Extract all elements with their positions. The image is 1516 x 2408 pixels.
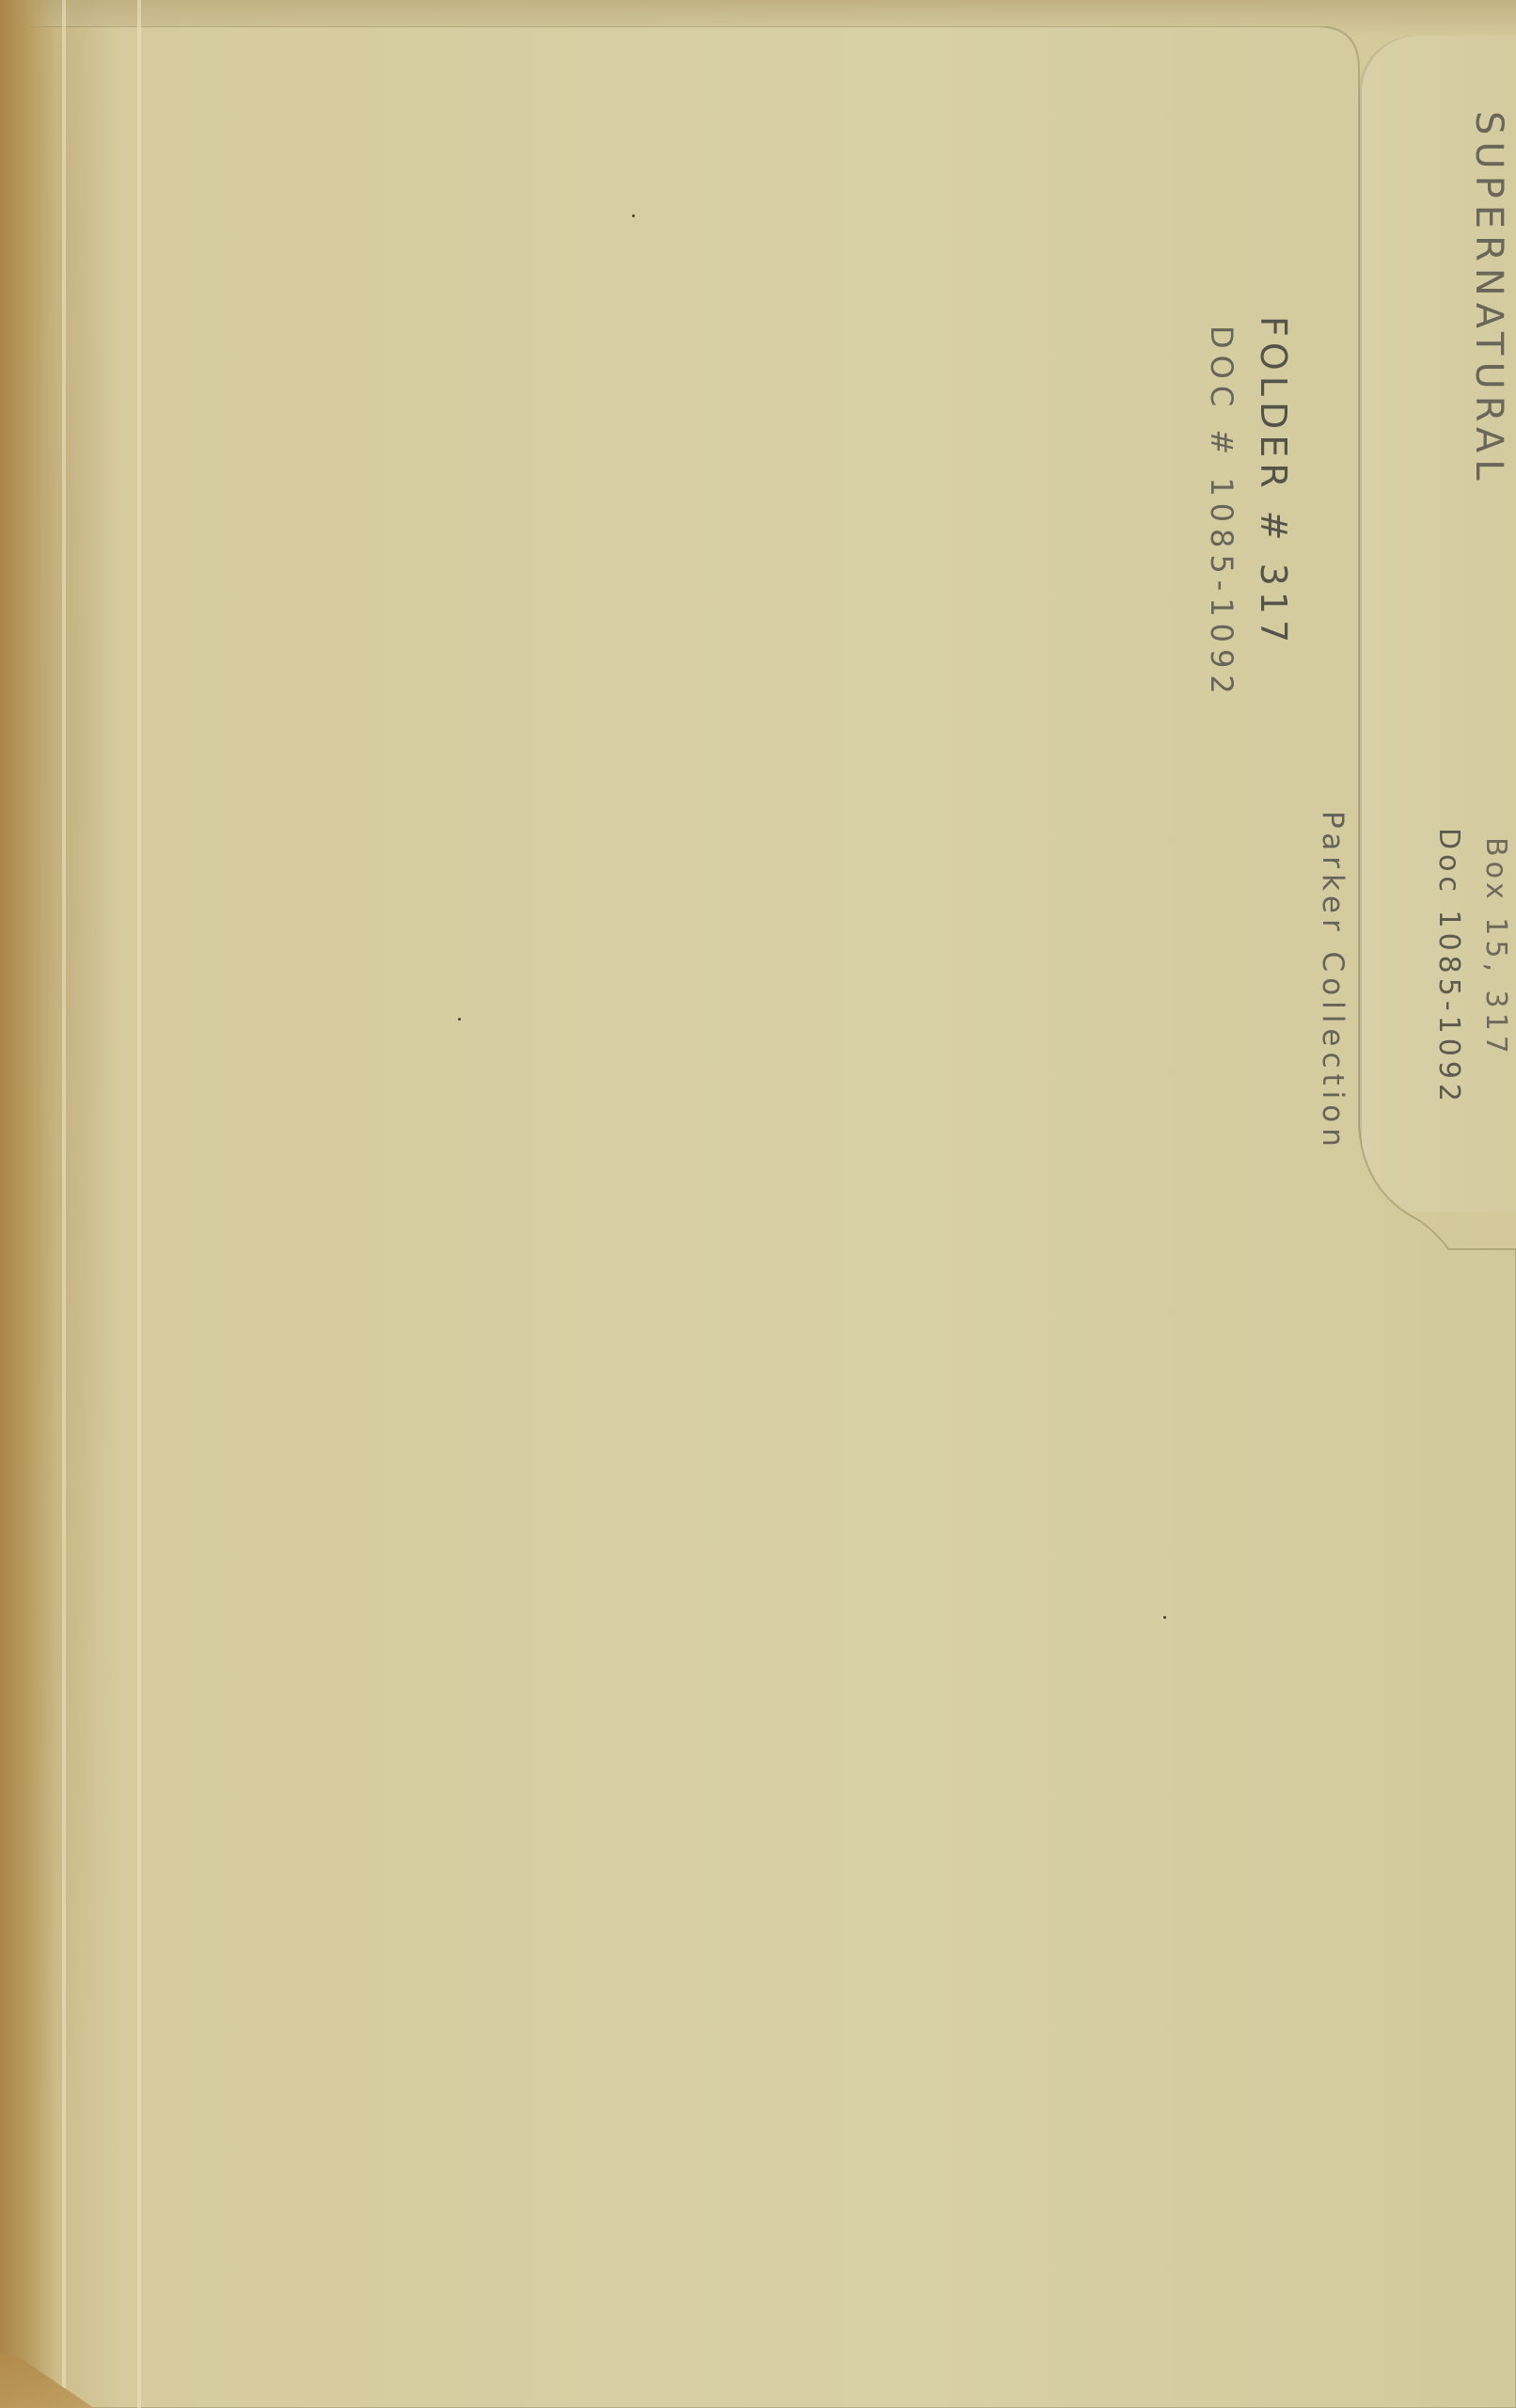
tab-box-label: Box 15, 317 xyxy=(1479,837,1512,1058)
tab-doc-range-label: Doc 1085-1092 xyxy=(1432,828,1465,1106)
score-line xyxy=(137,0,141,2408)
folder-number-label: FOLDER # 317 xyxy=(1253,316,1294,648)
score-line xyxy=(62,0,66,2408)
tab-subject-label: SUPERNATURAL xyxy=(1467,111,1510,487)
collection-label: Parker Collection xyxy=(1316,811,1350,1152)
paper-speck xyxy=(1163,1616,1166,1619)
doc-number-label: DOC # 1085-1092 xyxy=(1204,325,1240,701)
paper-speck xyxy=(458,1018,461,1021)
folder-binding-edge xyxy=(0,0,56,2408)
folder-front-flap xyxy=(0,26,1359,2408)
paper-speck xyxy=(632,214,635,217)
